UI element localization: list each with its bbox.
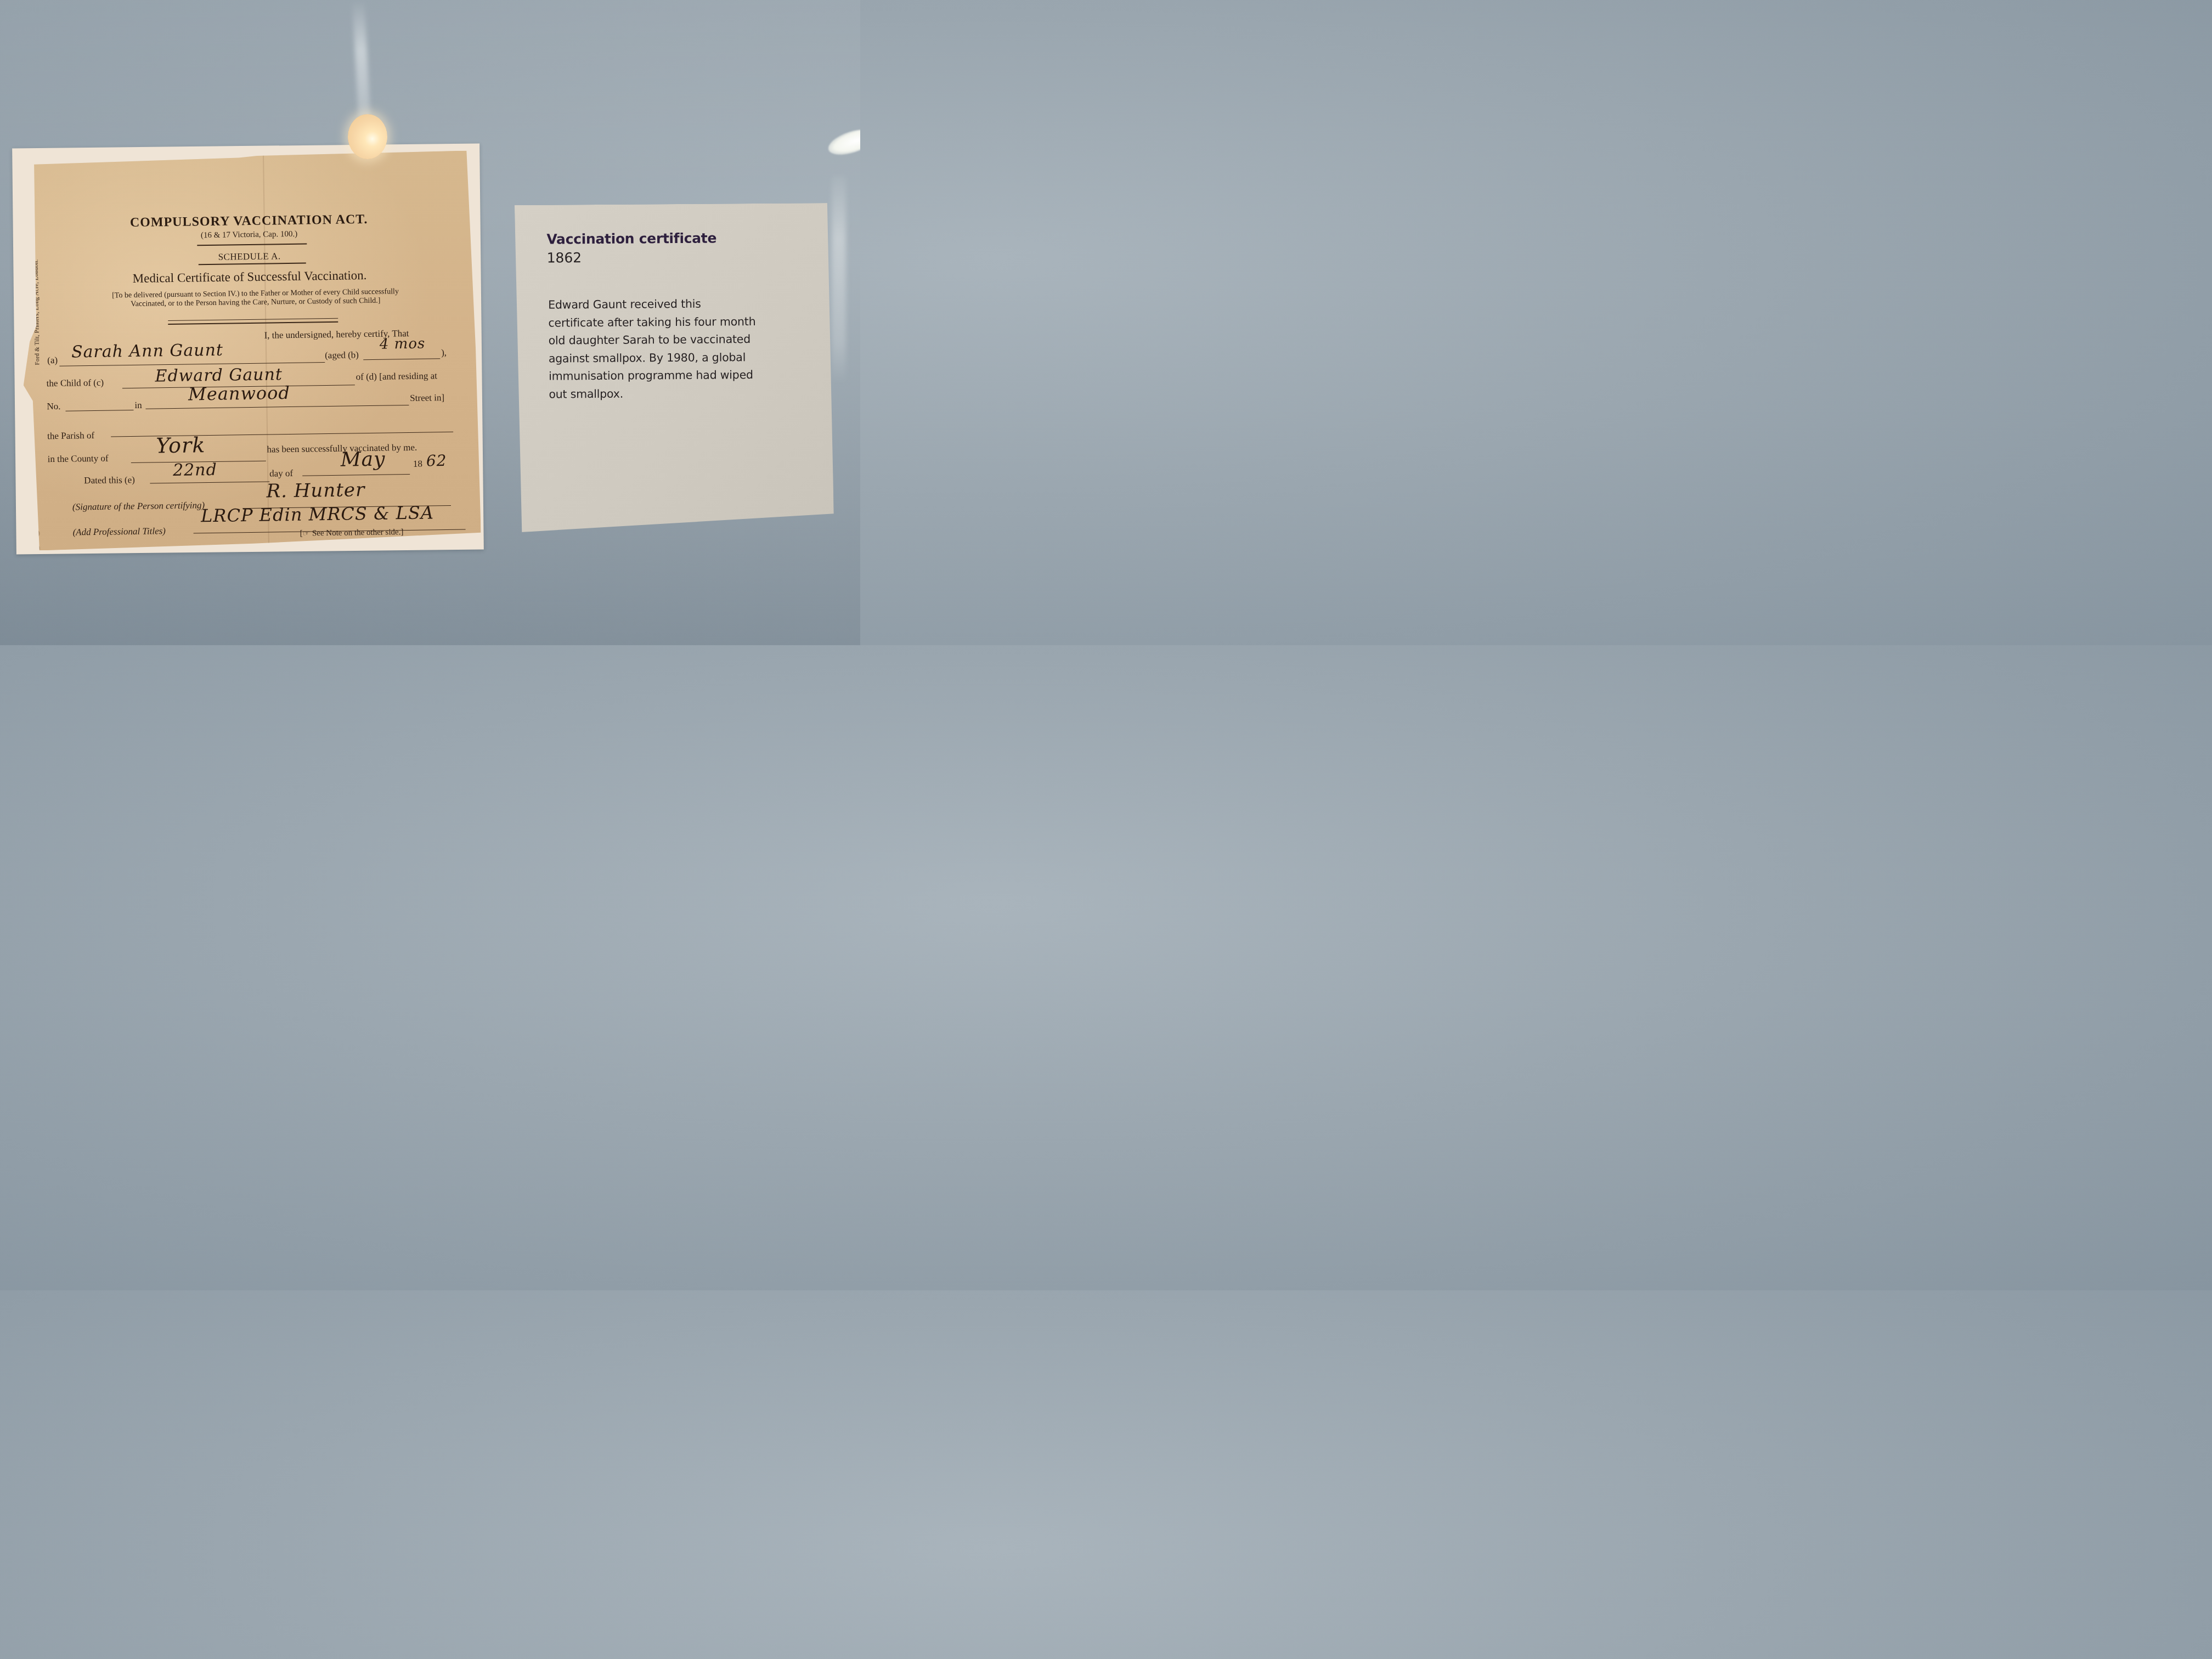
day-line [150, 482, 269, 484]
placard-line: Edward Gaunt received this [548, 295, 789, 314]
double-divider [168, 318, 338, 325]
signature-label: (Signature of the Person certifying) [72, 500, 205, 512]
certificate-delivery-note: [To be delivered (pursuant to Section IV… [55, 287, 455, 310]
placard-line: certificate after taking his four month [548, 312, 789, 332]
exhibit-label-placard: Vaccination certificate 1862 Edward Gaun… [515, 203, 834, 532]
placard-line: out smallpox. [549, 383, 790, 403]
placard-line: immunisation programme had wiped [549, 366, 790, 386]
street-handwritten: Meanwood [188, 382, 290, 405]
glass-reflection-streak [352, 0, 371, 126]
titles-handwritten: LRCP Edin MRCS & LSA [201, 502, 434, 526]
signature-handwritten: R. Hunter [266, 479, 365, 503]
day-of-label: day of [269, 468, 293, 479]
aged-label: (aged (b) [325, 349, 359, 361]
see-note-footer: [☞ See Note on the other side.] [300, 527, 404, 539]
aged-close: ), [441, 347, 447, 358]
glass-reflection-streak-right [832, 176, 846, 384]
titles-label: (Add Professional Titles) [72, 526, 166, 538]
placard-line: against smallpox. By 1980, a global [549, 348, 790, 368]
month-line [302, 474, 410, 476]
in-label: in [134, 400, 142, 411]
county-handwritten: York [156, 433, 205, 458]
year-prefix: 18 [413, 459, 422, 470]
day-handwritten: 22nd [173, 460, 217, 480]
street-label: Street in] [410, 392, 444, 404]
light-glare [825, 125, 860, 160]
display-light-fixture [348, 114, 387, 159]
no-label: No. [47, 401, 60, 412]
certificate-heading: Medical Certificate of Successful Vaccin… [22, 267, 477, 287]
vaccination-certificate: Ford & Tilt, Printers, Long Acre, London… [20, 150, 481, 551]
placard-description: Edward Gaunt received this certificate a… [548, 295, 790, 403]
age-line [363, 358, 440, 360]
dated-label: Dated this (e) [84, 475, 135, 486]
label-a: (a) [47, 355, 58, 366]
house-number-line [65, 410, 133, 411]
child-of-label: the Child of (c) [47, 377, 104, 389]
year-handwritten: 62 [426, 452, 447, 470]
street-line [145, 405, 409, 409]
month-handwritten: May [341, 448, 386, 471]
child-name-handwritten: Sarah Ann Gaunt [71, 341, 223, 362]
placard-line: old daughter Sarah to be vaccinated [549, 330, 790, 350]
county-label: in the County of [48, 453, 109, 465]
placard-year: 1862 [546, 250, 582, 266]
divider [197, 244, 307, 246]
placard-title: Vaccination certificate [546, 230, 716, 247]
divider [199, 263, 306, 265]
parish-label: the Parish of [47, 430, 94, 442]
of-label: of (d) [and residing at [356, 370, 437, 382]
age-handwritten: 4 mos [380, 336, 426, 353]
